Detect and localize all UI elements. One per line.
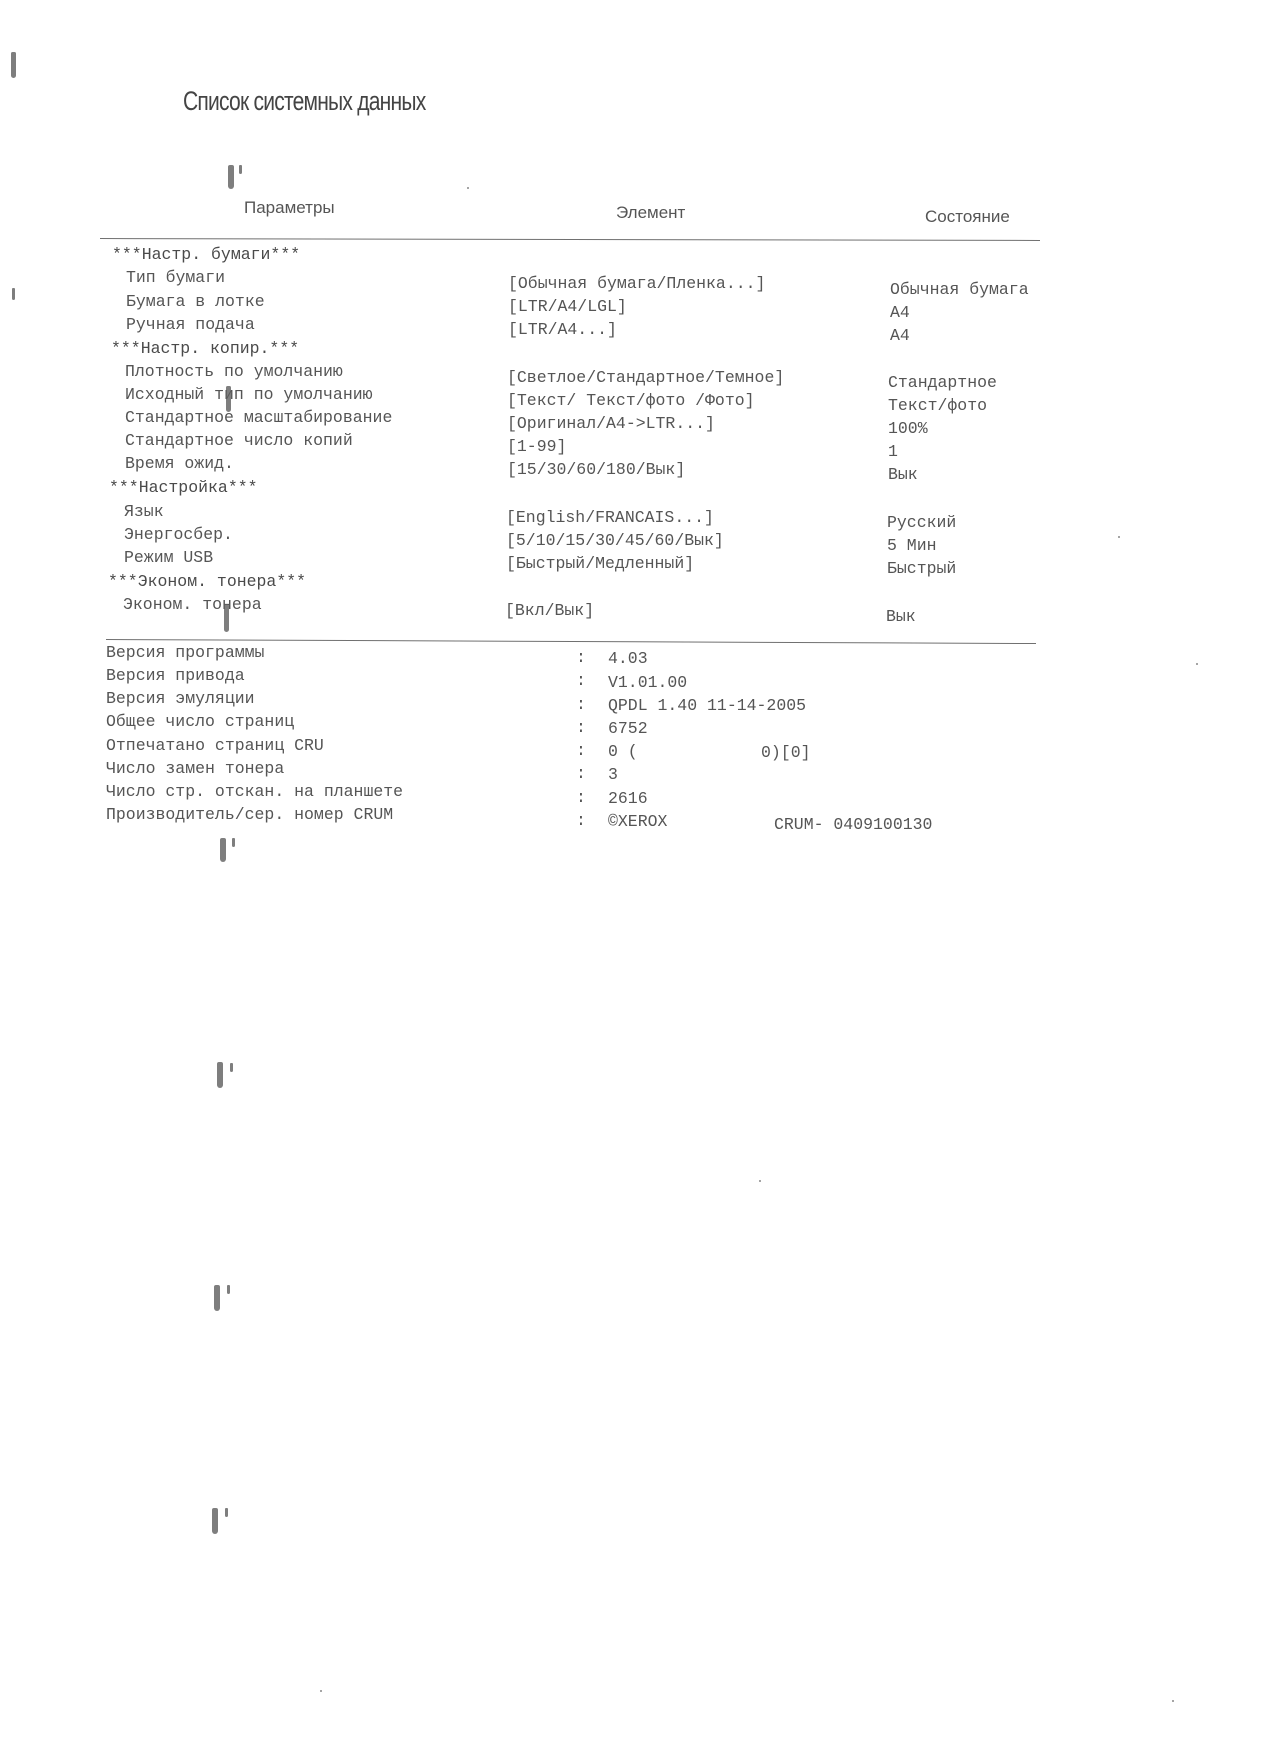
state-value: Вык — [888, 465, 918, 484]
param-label: Ручная подача — [126, 315, 255, 334]
element-options: [LTR/A4...] — [508, 320, 617, 339]
info-separator: : — [576, 811, 586, 830]
param-label: Стандартное число копий — [125, 431, 353, 450]
element-options: [Текст/ Текст/фото /Фото] — [507, 391, 755, 410]
info-label: Отпечатано страниц CRU — [106, 736, 324, 755]
toner-spot-icon — [225, 1508, 228, 1517]
toner-spot-icon — [214, 1285, 220, 1311]
info-label: Число стр. отскан. на планшете — [106, 782, 403, 801]
dust-dot — [320, 1690, 322, 1692]
column-header-parameters: Параметры — [244, 198, 335, 218]
toner-spot-icon — [224, 604, 229, 632]
element-options: [English/FRANCAIS...] — [506, 508, 714, 527]
toner-spot-icon — [230, 1063, 233, 1072]
toner-spot-icon — [220, 838, 226, 862]
margin-mark-icon — [12, 288, 15, 300]
header-divider — [100, 238, 1040, 241]
info-value: V1.01.00 — [608, 673, 687, 692]
toner-spot-icon — [226, 386, 231, 412]
toner-spot-icon — [239, 165, 242, 174]
dust-dot — [467, 187, 469, 189]
element-options: [Обычная бумага/Пленка...] — [508, 274, 765, 293]
section-header-paper: ***Настр. бумаги*** — [112, 245, 300, 264]
section-header-copy: ***Настр. копир.*** — [111, 339, 299, 358]
state-value: A4 — [890, 303, 910, 322]
state-value: Обычная бумага — [890, 280, 1029, 299]
section-header-setup: ***Настройка*** — [109, 478, 258, 497]
margin-mark-icon — [11, 52, 16, 78]
info-label: Версия эмуляции — [106, 689, 255, 708]
param-label: Язык — [124, 502, 164, 521]
page-title: Список системных данных — [183, 86, 425, 117]
info-separator: : — [576, 718, 586, 737]
element-options: [Вкл/Вык] — [505, 601, 594, 620]
param-label: Исходный тип по умолчанию — [125, 385, 373, 404]
section-header-toner-save: ***Эконом. тонера*** — [108, 572, 306, 591]
info-label: Версия привода — [106, 666, 245, 685]
info-separator: : — [576, 788, 586, 807]
element-options: [5/10/15/30/45/60/Вык] — [506, 531, 724, 550]
param-label: Плотность по умолчанию — [125, 362, 343, 381]
param-label: Режим USB — [124, 548, 213, 567]
info-label: Производитель/сер. номер CRUM — [106, 805, 393, 824]
element-options: [Оригинал/A4->LTR...] — [507, 414, 715, 433]
toner-spot-icon — [232, 838, 235, 847]
info-value-extra: 0)[0] — [761, 743, 811, 762]
dust-dot — [1172, 1700, 1174, 1702]
dust-dot — [1118, 536, 1120, 538]
state-value: Стандартное — [888, 373, 997, 392]
dust-dot — [759, 1180, 761, 1182]
dust-dot — [1196, 663, 1198, 665]
state-value: A4 — [890, 326, 910, 345]
param-label: Эконом. тонера — [123, 595, 262, 614]
toner-spot-icon — [228, 165, 234, 189]
element-options: [1-99] — [507, 437, 566, 456]
column-header-state: Состояние — [925, 207, 1010, 227]
info-value: 0 ( — [608, 742, 638, 761]
info-value: 3 — [608, 765, 618, 784]
state-value: 100% — [888, 419, 928, 438]
state-value: 1 — [888, 442, 898, 461]
info-separator: : — [576, 741, 586, 760]
param-label: Тип бумаги — [126, 268, 225, 287]
param-label: Энергосбер. — [124, 525, 233, 544]
state-value: Быстрый — [887, 559, 956, 578]
info-value: 4.03 — [608, 649, 648, 668]
info-label: Общее число страниц — [106, 712, 294, 731]
info-separator: : — [576, 695, 586, 714]
info-label: Версия программы — [106, 643, 264, 662]
element-options: [LTR/A4/LGL] — [508, 297, 627, 316]
info-value: ©XEROX — [608, 812, 667, 831]
column-header-element: Элемент — [616, 203, 685, 223]
toner-spot-icon — [212, 1508, 218, 1534]
info-label: Число замен тонера — [106, 759, 284, 778]
param-label: Бумага в лотке — [126, 292, 265, 311]
info-separator: : — [576, 671, 586, 690]
info-value: 6752 — [608, 719, 648, 738]
info-value-extra: CRUM- 0409100130 — [774, 815, 932, 834]
state-value: Вык — [886, 607, 916, 626]
state-value: Русский — [887, 513, 956, 532]
info-separator: : — [576, 648, 586, 667]
state-value: Текст/фото — [888, 396, 987, 415]
info-value: QPDL 1.40 11-14-2005 — [608, 696, 806, 715]
param-label: Время ожид. — [125, 454, 234, 473]
param-label: Стандартное масштабирование — [125, 408, 392, 427]
toner-spot-icon — [227, 1285, 230, 1294]
info-separator: : — [576, 764, 586, 783]
state-value: 5 Мин — [887, 536, 937, 555]
toner-spot-icon — [217, 1062, 223, 1088]
element-options: [Быстрый/Медленный] — [506, 554, 694, 573]
element-options: [Светлое/Стандартное/Темное] — [507, 368, 784, 387]
info-value: 2616 — [608, 789, 648, 808]
element-options: [15/30/60/180/Вык] — [507, 460, 685, 479]
